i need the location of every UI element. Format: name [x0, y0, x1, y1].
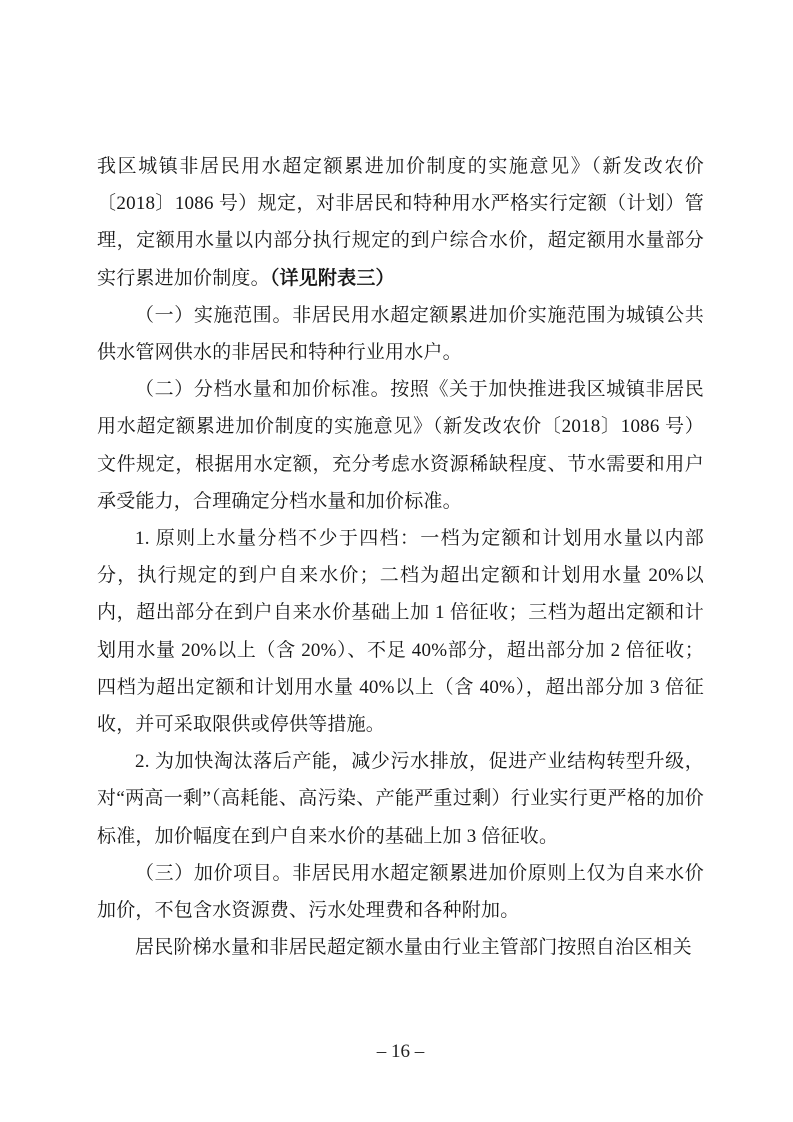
paragraph-text: （二）分档水量和加价标准。按照《关于加快推进我区城镇非居民用水超定额累进加价制度… [97, 379, 704, 512]
paragraph-text: （一）实施范围。非居民用水超定额累进加价实施范围为城镇公共供水管网供水的非居民和… [97, 305, 704, 363]
page-number: – 16 – [377, 1041, 425, 1062]
paragraph-text: （三）加价项目。非居民用水超定额累进加价原则上仅为自来水价加价，不包含水资源费、… [97, 863, 704, 921]
page-content: 我区城镇非居民用水超定额累进加价制度的实施意见》（新发改农价〔2018〕1086… [97, 148, 704, 966]
paragraph-authority-note: 居民阶梯水量和非居民超定额水量由行业主管部门按照自治区相关 [97, 929, 704, 966]
bold-note-see-appendix-3: （详见附表三） [270, 268, 395, 289]
paragraph-subitem-1-tier-rules: 1. 原则上水量分档不少于四档：一档为定额和计划用水量以内部分，执行规定的到户自… [97, 520, 704, 743]
paragraph-item-1-scope: （一）实施范围。非居民用水超定额累进加价实施范围为城镇公共供水管网供水的非居民和… [97, 297, 704, 371]
page-footer: – 16 – [97, 1040, 704, 1064]
paragraph-text: 2. 为加快淘汰落后产能，减少污水排放，促进产业结构转型升级，对“两高一剩”（高… [97, 751, 704, 846]
paragraph-subitem-2-high-consumption: 2. 为加快淘汰落后产能，减少污水排放，促进产业结构转型升级，对“两高一剩”（高… [97, 743, 704, 855]
paragraph-text: 1. 原则上水量分档不少于四档：一档为定额和计划用水量以内部分，执行规定的到户自… [97, 528, 704, 735]
paragraph-item-3-surcharge-items: （三）加价项目。非居民用水超定额累进加价原则上仅为自来水价加价，不包含水资源费、… [97, 855, 704, 929]
paragraph-text: 居民阶梯水量和非居民超定额水量由行业主管部门按照自治区相关 [135, 937, 692, 958]
paragraph-text: 我区城镇非居民用水超定额累进加价制度的实施意见》（新发改农价〔2018〕1086… [97, 156, 704, 289]
paragraph-continuation: 我区城镇非居民用水超定额累进加价制度的实施意见》（新发改农价〔2018〕1086… [97, 148, 704, 297]
paragraph-item-2-tiers-standards: （二）分档水量和加价标准。按照《关于加快推进我区城镇非居民用水超定额累进加价制度… [97, 371, 704, 520]
document-page: 我区城镇非居民用水超定额累进加价制度的实施意见》（新发改农价〔2018〕1086… [0, 0, 793, 1122]
